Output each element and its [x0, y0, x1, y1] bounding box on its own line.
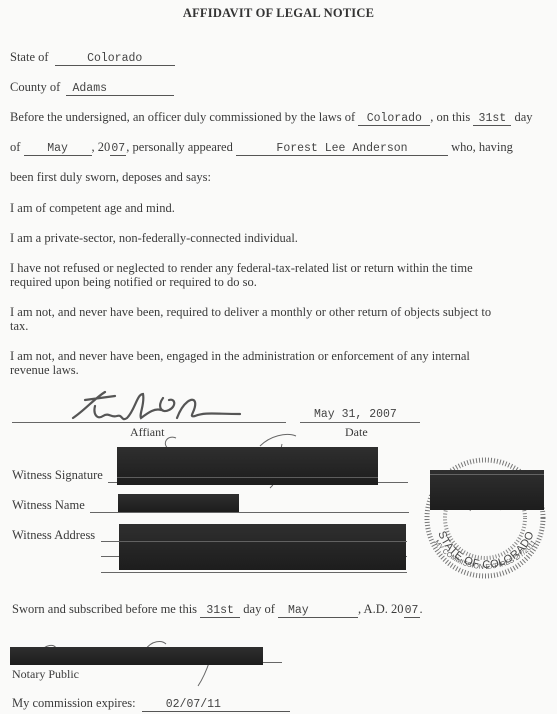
sworn-month-field[interactable]: May: [278, 604, 358, 618]
commission-row: My commission expires: 02/07/11: [12, 696, 290, 712]
sworn-text: day of: [243, 602, 275, 616]
year-field[interactable]: 07: [110, 142, 126, 156]
witness-name-label: Witness Name: [12, 498, 85, 513]
statement-5: I am not, and never have been, engaged i…: [10, 349, 500, 377]
date-line: [300, 422, 420, 423]
document-title: AFFIDAVIT OF LEGAL NOTICE: [0, 6, 557, 21]
statement-3: I have not refused or neglected to rende…: [10, 261, 510, 289]
intro-text: Before the undersigned, an officer duly …: [10, 110, 355, 124]
sworn-day-field[interactable]: 31st: [200, 604, 240, 618]
witness-signature-label: Witness Signature: [12, 468, 103, 483]
intro-line-1: Before the undersigned, an officer duly …: [10, 110, 533, 126]
sworn-year-field[interactable]: 07: [404, 604, 420, 618]
state-label: State of: [10, 50, 49, 64]
intro-text: of: [10, 140, 20, 154]
date-label: Date: [345, 425, 368, 440]
witness-address-line-3: [101, 572, 407, 573]
state-field[interactable]: Colorado: [55, 52, 175, 66]
commission-label: My commission expires:: [12, 696, 136, 710]
intro-text: who, having: [451, 140, 513, 154]
statement-2: I am a private-sector, non-federally-con…: [10, 231, 530, 245]
intro-text: , on this: [430, 110, 470, 124]
intro-text: day: [514, 110, 532, 124]
affiant-name-field[interactable]: Forest Lee Anderson: [236, 142, 448, 156]
county-row: County of Adams: [10, 80, 174, 96]
witness-name-line: [90, 512, 409, 513]
intro-text: , 20: [92, 140, 111, 154]
sworn-text: Sworn and subscribed before me this: [12, 602, 197, 616]
intro-line-2: of May, 2007, personally appeared Forest…: [10, 140, 513, 156]
intro-line-3: been first duly sworn, deposes and says:: [10, 170, 211, 185]
intro-text: , personally appeared: [126, 140, 233, 154]
month-field[interactable]: May: [24, 142, 92, 156]
statement-4: I am not, and never have been, required …: [10, 305, 510, 333]
seal-redaction: [430, 470, 544, 510]
witness-address-label: Witness Address: [12, 528, 95, 543]
notary-label: Notary Public: [12, 667, 79, 682]
sworn-line: Sworn and subscribed before me this 31st…: [12, 602, 423, 618]
county-field[interactable]: Adams: [66, 82, 174, 96]
commission-expires-field[interactable]: 02/07/11: [142, 698, 290, 712]
witness-name-redaction: [118, 494, 239, 512]
day-field[interactable]: 31st: [473, 112, 511, 126]
witness-address-redaction: [119, 524, 406, 570]
affiant-line: [12, 422, 286, 423]
county-label: County of: [10, 80, 60, 94]
notary-redaction: [10, 647, 263, 665]
state-row: State of Colorado: [10, 50, 175, 66]
laws-state-field[interactable]: Colorado: [358, 112, 430, 126]
sworn-text: .: [420, 602, 423, 616]
witness-signature-redaction: [117, 447, 378, 485]
statement-1: I am of competent age and mind.: [10, 201, 530, 215]
date-field[interactable]: May 31, 2007: [314, 408, 397, 421]
sworn-text: , A.D. 20: [358, 602, 404, 616]
